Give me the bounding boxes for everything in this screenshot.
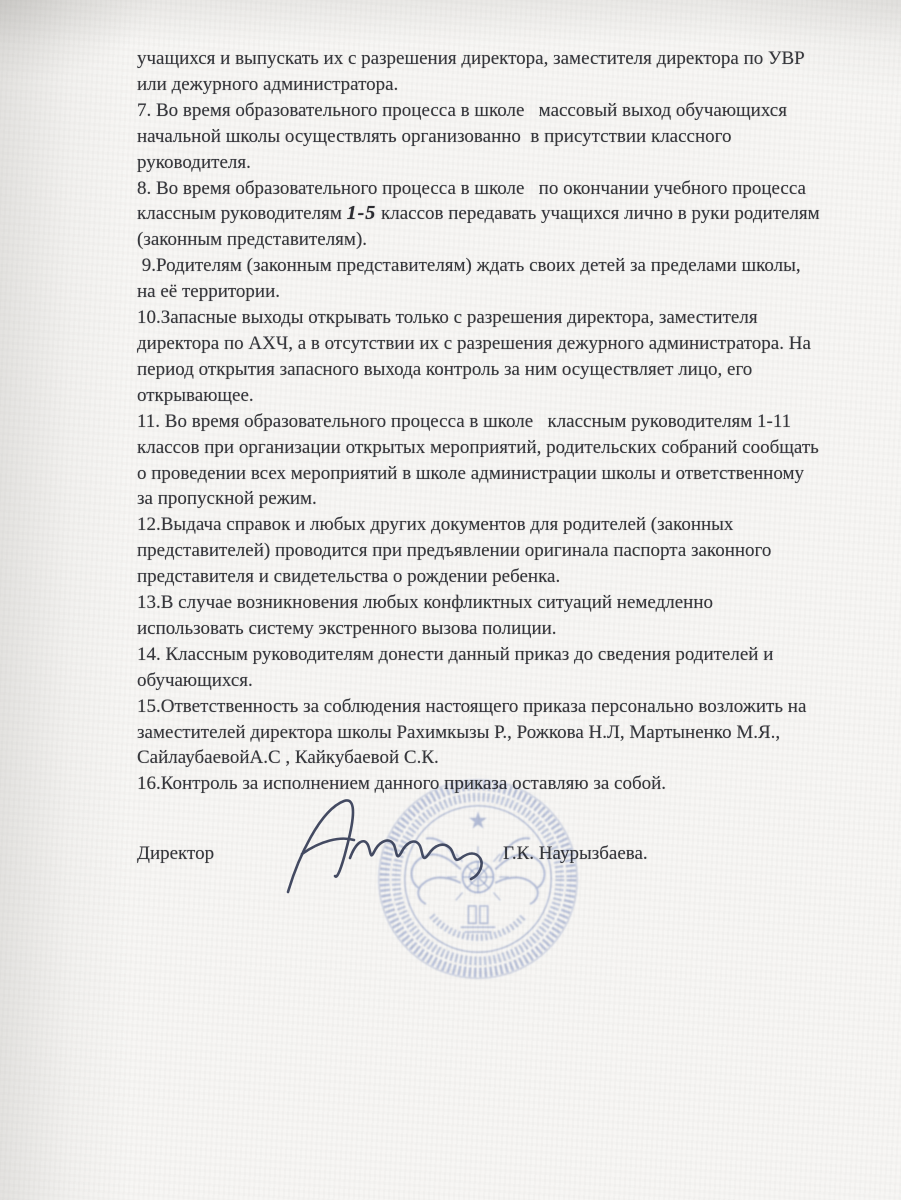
text-line: (законным представителям). bbox=[137, 227, 867, 253]
text-line: период открытия запасного выхода контрол… bbox=[137, 357, 867, 383]
text-line: за пропускной режим. bbox=[137, 486, 867, 512]
text-line: 11. Во время образовательного процесса в… bbox=[137, 409, 867, 435]
text-segment: (законным представителям). bbox=[137, 229, 367, 250]
text-line: представителей) проводится при предъявле… bbox=[137, 538, 867, 564]
text-line: на её территории. bbox=[137, 279, 867, 305]
text-segment: заместителей директора школы Рахимкызы Р… bbox=[137, 722, 780, 743]
text-segment: 8. Во время образовательного процесса в … bbox=[137, 178, 806, 199]
text-line: представителя и свидетельства о рождении… bbox=[137, 564, 867, 590]
scanned-document-page: учащихся и выпускать их с разрешения дир… bbox=[0, 0, 901, 1200]
signatory-role-label: Директор bbox=[137, 843, 214, 865]
signature-stroke bbox=[288, 800, 482, 892]
text-segment: начальной школы осуществлять организован… bbox=[137, 126, 731, 147]
text-segment: 9.Родителям (законным представителям) жд… bbox=[137, 255, 801, 276]
text-segment: СайлаубаевойА.С , Кайкубаевой С.К. bbox=[137, 747, 439, 768]
text-segment: на её территории. bbox=[137, 281, 280, 302]
handwritten-insert: 1-5 bbox=[347, 202, 377, 224]
text-line: 9.Родителям (законным представителям) жд… bbox=[137, 253, 867, 279]
text-segment: о проведении всех мероприятий в школе ад… bbox=[137, 463, 804, 484]
text-segment: представителя и свидетельства о рождении… bbox=[137, 566, 560, 587]
text-line: классов при организации открытых меропри… bbox=[137, 435, 867, 461]
text-segment: период открытия запасного выхода контрол… bbox=[137, 359, 752, 380]
text-line: 13.В случае возникновения любых конфликт… bbox=[137, 590, 867, 616]
text-line: 14. Классным руководителям донести данны… bbox=[137, 642, 867, 668]
text-segment: 15.Ответственность за соблюдения настоящ… bbox=[137, 696, 806, 717]
text-segment: использовать систему экстренного вызова … bbox=[137, 618, 557, 639]
text-line: учащихся и выпускать их с разрешения дир… bbox=[137, 46, 867, 72]
text-line: руководителя. bbox=[137, 150, 867, 176]
text-segment: 14. Классным руководителям донести данны… bbox=[137, 644, 773, 665]
text-segment: учащихся и выпускать их с разрешения дир… bbox=[137, 48, 805, 69]
text-segment: классным руководителям bbox=[137, 203, 347, 224]
document-body: учащихся и выпускать их с разрешения дир… bbox=[137, 46, 867, 797]
text-line: 12.Выдача справок и любых других докумен… bbox=[137, 512, 867, 538]
text-segment: открывающее. bbox=[137, 385, 254, 406]
text-segment: 7. Во время образовательного процесса в … bbox=[137, 100, 787, 121]
text-segment: представителей) проводится при предъявле… bbox=[137, 540, 771, 561]
text-line: 10.Запасные выходы открывать только с ра… bbox=[137, 305, 867, 331]
text-segment: классов при организации открытых меропри… bbox=[137, 437, 819, 458]
text-line: использовать систему экстренного вызова … bbox=[137, 616, 867, 642]
text-segment: руководителя. bbox=[137, 152, 251, 173]
text-segment: обучающихся. bbox=[137, 670, 253, 691]
text-segment: или дежурного администратора. bbox=[137, 74, 398, 95]
text-segment: классов передавать учащихся лично в руки… bbox=[376, 203, 819, 224]
text-line: СайлаубаевойА.С , Кайкубаевой С.К. bbox=[137, 745, 867, 771]
text-line: 15.Ответственность за соблюдения настоящ… bbox=[137, 694, 867, 720]
text-segment: 11. Во время образовательного процесса в… bbox=[137, 411, 791, 432]
text-line: открывающее. bbox=[137, 383, 867, 409]
text-segment: за пропускной режим. bbox=[137, 488, 317, 509]
text-line: 8. Во время образовательного процесса в … bbox=[137, 176, 867, 202]
text-line: начальной школы осуществлять организован… bbox=[137, 124, 867, 150]
text-segment: 13.В случае возникновения любых конфликт… bbox=[137, 592, 713, 613]
text-line: обучающихся. bbox=[137, 668, 867, 694]
text-line: 7. Во время образовательного процесса в … bbox=[137, 98, 867, 124]
text-line: заместителей директора школы Рахимкызы Р… bbox=[137, 720, 867, 746]
text-segment: 12.Выдача справок и любых других докумен… bbox=[137, 514, 733, 535]
text-line: или дежурного администратора. bbox=[137, 72, 867, 98]
text-segment: директора по АХЧ, а в отсутствии их с ра… bbox=[137, 333, 811, 354]
text-line: о проведении всех мероприятий в школе ад… bbox=[137, 461, 867, 487]
text-line: классным руководителям 1-5 классов перед… bbox=[137, 201, 867, 227]
text-segment: 10.Запасные выходы открывать только с ра… bbox=[137, 307, 758, 328]
signature bbox=[262, 782, 522, 907]
text-line: директора по АХЧ, а в отсутствии их с ра… bbox=[137, 331, 867, 357]
